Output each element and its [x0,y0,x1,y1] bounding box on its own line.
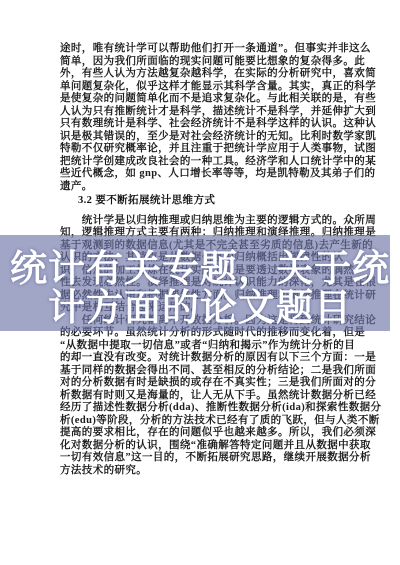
watermark-title-line-2: 计方面的论文题目 [0,288,400,327]
section-heading: 3.2 要不断拓展统计思维方式 [78,195,381,208]
text-line: 化对数据分析的认识，围绕“准确解答特定问题并且从数据中获取 [60,440,381,453]
text-line: 统计学是以归纳推理或归纳思维为主要的逻辑方式的。众所周 [60,215,381,228]
text-line: 是使复杂的问题简单化而不是追求复杂化。与此相关联的是，有些 [60,93,381,106]
text-line: “从数据中提取一切信息”或者“归纳和揭示”作为统计分析的目 [60,340,381,353]
text-line: 只有数理统计是科学、社会经济统计不是科学这样的认识。这种认 [60,118,381,131]
watermark-title: 统计有关专题，关于统 计方面的论文题目 [0,249,400,327]
text-line: 识是极其错误的，至少是对社会经济统计的无知。比利时数学家凯 [60,131,381,144]
text-line: 途时，唯有统计学可以帮助他们打开一条通道”。但事实并非这么 [60,43,381,56]
text-line: 些近代概念，如 gnp、人口增长率等等，均是凯特勒及其弟子们的 [60,168,381,181]
text-line: 基于同样的数据会得出不同、甚至相反的分析结论；二是我们所面 [60,365,381,378]
text-line: 人认为只有推断统计才是科学，描述统计不是科学，并延伸扩大到 [60,106,381,119]
text-line: 的却一直没有改变。对统计数据分析的原因有以下三个方面：一是 [60,352,381,365]
watermark-title-line-1: 统计有关专题，关于统 [0,249,400,288]
document-page: 途时，唯有统计学可以帮助他们打开一条通道”。但事实并非这么简单，因为我们所面临的… [0,0,400,565]
text-line: 方法技术的研究。 [60,465,381,478]
text-line: 简单，因为我们所面临的现实问题可能要比想象的复杂得多。此 [60,56,381,69]
text-line: 外，有些人认为方法越复杂越科学，在实际的分析研究中，喜欢简 [60,68,381,81]
text-line: 把统计学创建成改良社会的一种工具。经济学和人口统计学中的某 [60,156,381,169]
text-line: 提高的要求相比，存在的问题似乎也越来越多。所以，我们必须深 [60,427,381,440]
text-line: 遗产。 [60,181,381,194]
text-line: 对的分析数据有时是缺损的或存在不真实性；三是我们所面对的分 [60,377,381,390]
text-line: 单问题复杂化，似乎这样才能显示其科学含量。其实，真正的科学 [60,81,381,94]
text-line: 一切有效信息”这一目的，不断拓展研究思路，继续开展数据分析 [60,452,381,465]
text-line: 特勒不仅研究概率论，并且注重于把统计学应用于人类事物，试图 [60,143,381,156]
text-line: 析(edu)等阶段，分析的方法技术已经有了质的飞跃，但与人类不断 [60,415,381,428]
text-line: 析数据有时则又是海量的，让人无从下手。虽然统计数据分析已经 [60,390,381,403]
text-line: 经历了描述性数据分析(dda)、推断性数据分析(ida)和探索性数据分 [60,402,381,415]
